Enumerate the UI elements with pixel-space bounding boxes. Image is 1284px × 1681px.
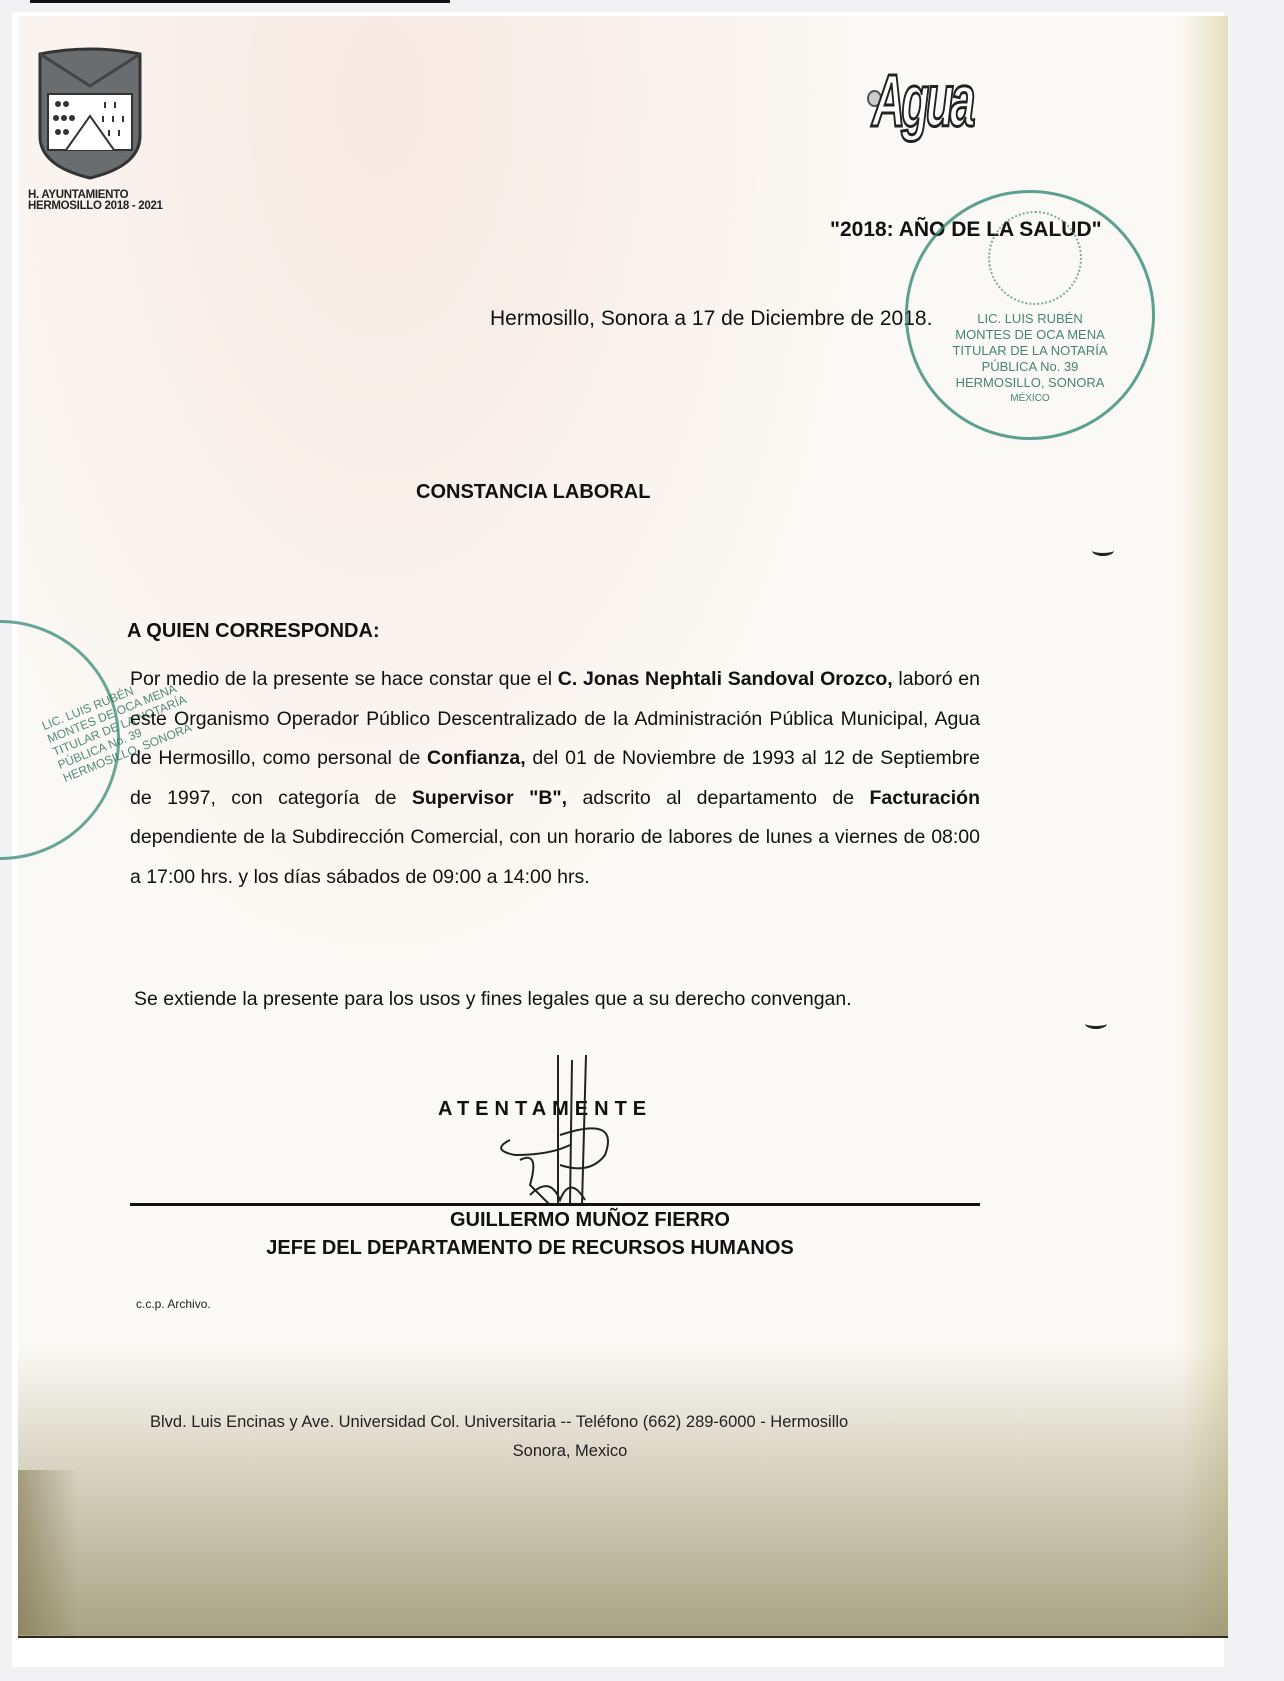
employment-type: Confianza, <box>427 747 526 769</box>
body-paragraph: Por medio de la presente se hace constar… <box>130 660 980 897</box>
national-seal-icon <box>988 211 1082 305</box>
signature-icon <box>490 1055 640 1215</box>
stamp-line: HERMOSILLO, SONORA <box>908 375 1152 391</box>
page-shadow <box>18 1470 78 1635</box>
top-edge-bar <box>30 0 450 3</box>
stamp-line: TITULAR DE LA NOTARÍA <box>908 343 1152 359</box>
check-mark-icon <box>1092 545 1114 556</box>
notary-stamp: LIC. LUIS RUBÉN MONTES DE OCA MENA TITUL… <box>905 190 1155 440</box>
job-category: Supervisor "B", <box>412 787 567 809</box>
document-title: CONSTANCIA LABORAL <box>416 481 650 504</box>
municipality-line-2: HERMOSILLO 2018 - 2021 <box>28 201 163 212</box>
signer-title: JEFE DEL DEPARTAMENTO DE RECURSOS HUMANO… <box>130 1237 890 1260</box>
municipality-label: H. AYUNTAMIENTO HERMOSILLO 2018 - 2021 <box>28 190 163 212</box>
stamp-line: MONTES DE OCA MENA <box>908 327 1152 343</box>
agua-logo: Agua <box>872 58 972 143</box>
employee-name: C. Jonas Nephtali Sandoval Orozco, <box>558 668 893 690</box>
stamp-line: MÉXICO <box>908 391 1152 407</box>
greeting: A QUIEN CORRESPONDA: <box>127 620 380 643</box>
signer-name: GUILLERMO MUÑOZ FIERRO <box>130 1209 1010 1232</box>
check-mark-icon <box>1085 1018 1107 1029</box>
footer-address: Blvd. Luis Encinas y Ave. Universidad Co… <box>150 1413 848 1432</box>
footer-location: Sonora, Mexico <box>130 1442 1010 1461</box>
closing-sentence: Se extiende la presente para los usos y … <box>134 988 852 1011</box>
stamp-line: LIC. LUIS RUBÉN <box>908 311 1152 327</box>
coat-of-arms-icon <box>36 46 144 181</box>
signature-line <box>130 1203 980 1206</box>
department: Facturación <box>869 787 980 809</box>
carbon-copy-note: c.c.p. Archivo. <box>136 1297 211 1311</box>
place-and-date: Hermosillo, Sonora a 17 de Diciembre de … <box>490 307 932 331</box>
stamp-line: PÚBLICA No. 39 <box>908 359 1152 375</box>
